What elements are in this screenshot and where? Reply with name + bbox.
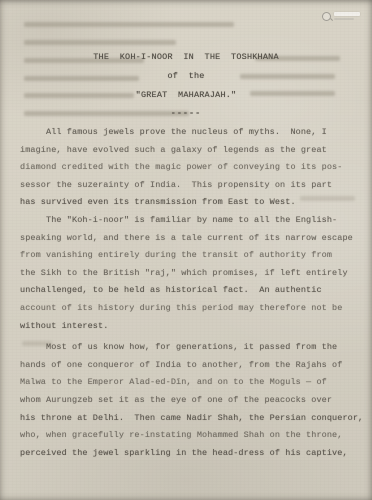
manuscript-page-photo: THE KOH-I-NOOR IN THE TOSHKHANA of the "… [0, 0, 372, 500]
magnifier-icon [322, 12, 331, 21]
text-line: imagine, have evolved such a galaxy of l… [20, 142, 365, 160]
text-line: from vanishing entirely during the trans… [20, 247, 365, 265]
text-line: The "Koh-i-noor" is familiar by name to … [20, 212, 365, 230]
watermark-text [334, 12, 360, 20]
text-line: diamond credited with the magic power of… [20, 159, 365, 177]
watermark [322, 9, 366, 23]
text-line: hands of one conqueror of India to anoth… [20, 357, 365, 375]
text-line: All famous jewels prove the nucleus of m… [20, 124, 365, 142]
text-line: account of its history during this perio… [20, 300, 365, 318]
text-line: Malwa to the Emperor Alad-ed-Dīn, and on… [20, 374, 365, 392]
paragraph: The "Koh-i-noor" is familiar by name to … [20, 212, 365, 335]
text-line: Most of us know how, for generations, it… [20, 339, 365, 357]
text-line: perceived the jewel sparkling in the hea… [20, 445, 365, 463]
text-line: whom Aurungzeb set it as the eye of one … [20, 392, 365, 410]
title-line: "GREAT MAHARAJAH." [0, 86, 372, 105]
text-line: speaking world, and there is a tale curr… [20, 230, 365, 248]
text-line: sessor the suzerainty of India. This pro… [20, 177, 365, 195]
text-line: his throne at Delhi. Then came Nadir Sha… [20, 410, 365, 428]
text-line: unchallenged, to be held as historical f… [20, 282, 365, 300]
bleed-through-line [24, 40, 176, 45]
document-body: All famous jewels prove the nucleus of m… [20, 124, 365, 462]
bleed-through-line [24, 22, 234, 27]
text-line: without interest. [20, 318, 365, 336]
document-title: THE KOH-I-NOOR IN THE TOSHKHANA of the "… [0, 48, 372, 123]
text-line: the Sikh to the British "raj," which pro… [20, 265, 365, 283]
text-line: who, when gracefully re-instating Mohamm… [20, 427, 365, 445]
paragraph: All famous jewels prove the nucleus of m… [20, 124, 365, 212]
text-line: has survived even its transmission from … [20, 194, 365, 212]
title-line: THE KOH-I-NOOR IN THE TOSHKHANA [0, 48, 372, 67]
title-line: of the [0, 67, 372, 86]
title-divider: ----- [0, 104, 372, 123]
paragraph: Most of us know how, for generations, it… [20, 339, 365, 462]
